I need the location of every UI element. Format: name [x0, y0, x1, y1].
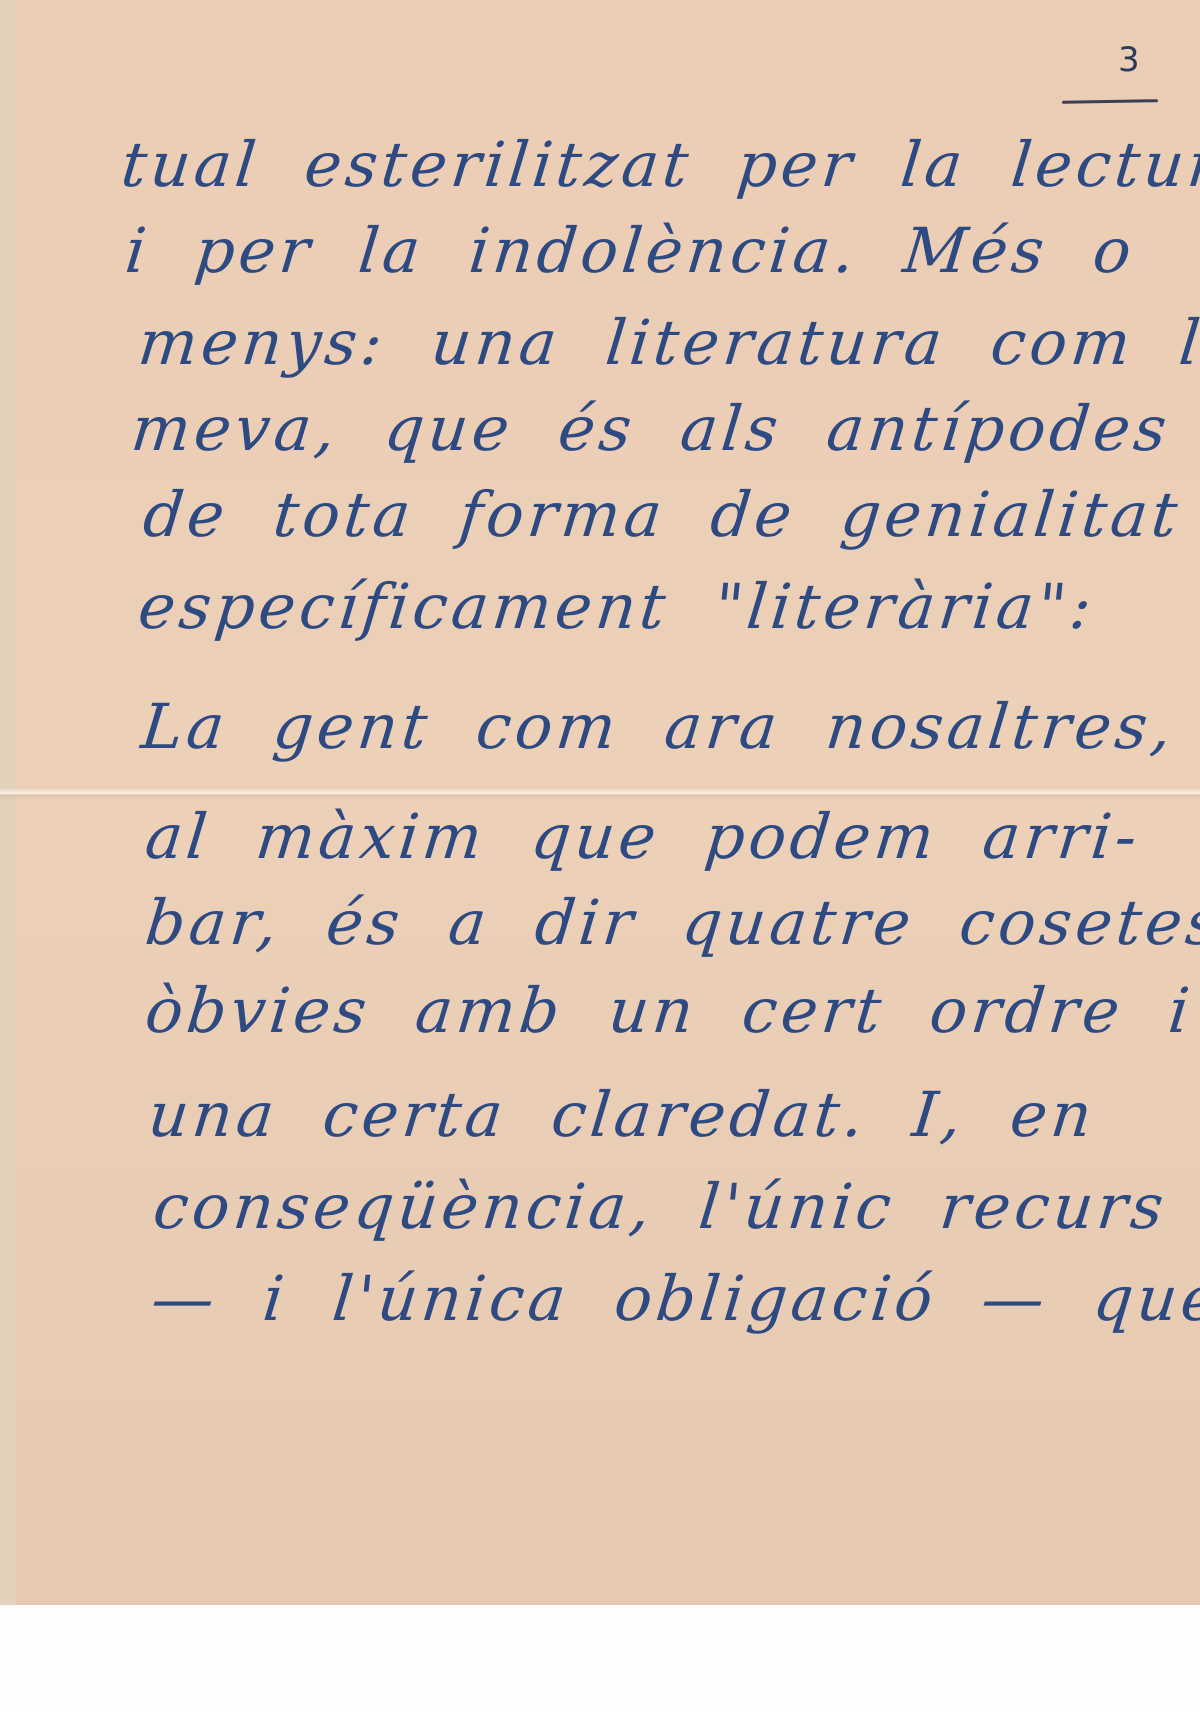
text-line: una certa claredat. I, en — [145, 1078, 1099, 1151]
text-line: — i l'única obligació — que — [148, 1262, 1200, 1335]
paper-edge-strip — [0, 0, 16, 1605]
text-line: òbvies amb un cert ordre i — [142, 974, 1197, 1047]
page-number-underline — [1062, 99, 1158, 104]
text-line: conseqüència, l'únic recurs — [150, 1170, 1171, 1243]
text-line: de tota forma de genialitat — [140, 478, 1185, 551]
text-line: específicament "literària": — [135, 570, 1099, 643]
text-line: i per la indolència. Més o — [122, 214, 1139, 287]
text-line: meva, que és als antípodes — [128, 392, 1174, 465]
page-number: 3 — [1118, 40, 1140, 80]
paper-fold-crease — [0, 788, 1200, 800]
text-line: tual esterilitzat per la lectura — [118, 128, 1200, 201]
text-line: menys: una literatura com la — [135, 306, 1200, 379]
text-line: La gent com ara nosaltres, — [138, 690, 1179, 763]
letter-paper: 3 tual esterilitzat per la lectura i per… — [0, 0, 1200, 1605]
text-line: al màxim que podem arri- — [142, 800, 1144, 873]
text-line: bar, és a dir quatre cosetes — [142, 886, 1200, 959]
